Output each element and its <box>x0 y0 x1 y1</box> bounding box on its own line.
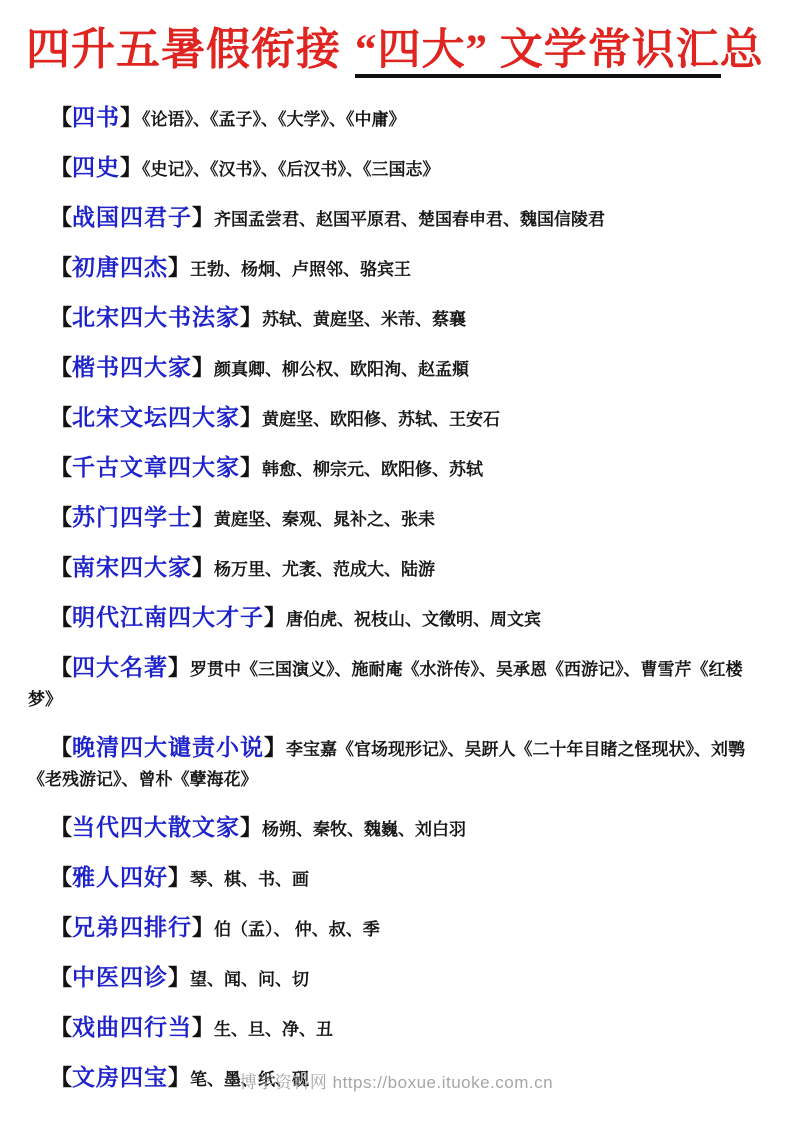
entry-content: 杨朔、秦牧、魏巍、刘白羽 <box>262 820 466 839</box>
entry-bracket-open: 【 <box>50 1015 72 1040</box>
entry-label: 四大名著 <box>72 655 168 680</box>
entry-bracket-close: 】 <box>192 1015 214 1040</box>
entry-row: 【北宋文坛四大家】黄庭坚、欧阳修、苏轼、王安石 <box>28 403 763 435</box>
entry-content: 《论语》、《孟子》、《大学》、《中庸》 <box>142 110 406 129</box>
entry-bracket-close: 】 <box>192 205 214 230</box>
entry-bracket-close: 】 <box>240 815 262 840</box>
entry-bracket-open: 【 <box>50 815 72 840</box>
entry-content: 韩愈、柳宗元、欧阳修、苏轼 <box>262 460 483 479</box>
entry-bracket-open: 【 <box>50 255 72 280</box>
entry-row: 【初唐四杰】王勃、杨炯、卢照邻、骆宾王 <box>28 253 763 285</box>
entry-bracket-close: 】 <box>192 555 214 580</box>
entry-content: 琴、棋、书、画 <box>190 870 309 889</box>
entry-label: 北宋文坛四大家 <box>72 405 240 430</box>
entry-label: 四史 <box>72 155 120 180</box>
entry-row: 【四史】《史记》、《汉书》、《后汉书》、《三国志》 <box>28 153 763 185</box>
entry-bracket-close: 】 <box>168 255 190 280</box>
entry-row: 【千古文章四大家】韩愈、柳宗元、欧阳修、苏轼 <box>28 453 763 485</box>
entry-content: 黄庭坚、欧阳修、苏轼、王安石 <box>262 410 500 429</box>
entry-content: 颜真卿、柳公权、欧阳洵、赵孟頫 <box>214 360 469 379</box>
entry-bracket-open: 【 <box>50 555 72 580</box>
entry-bracket-open: 【 <box>50 105 72 130</box>
entry-content: 唐伯虎、祝枝山、文徵明、周文宾 <box>286 610 541 629</box>
entry-content: 《史记》、《汉书》、《后汉书》、《三国志》 <box>142 160 440 179</box>
entry-row: 【南宋四大家】杨万里、尤袤、范成大、陆游 <box>28 553 763 585</box>
entry-row: 【楷书四大家】颜真卿、柳公权、欧阳洵、赵孟頫 <box>28 353 763 385</box>
entry-row: 【苏门四学士】黄庭坚、秦观、晁补之、张耒 <box>28 503 763 535</box>
entry-label: 千古文章四大家 <box>72 455 240 480</box>
entry-label: 楷书四大家 <box>72 355 192 380</box>
entry-row: 【四大名著】罗贯中《三国演义》、施耐庵《水浒传》、吴承恩《西游记》、曹雪芹《红楼… <box>28 653 763 715</box>
entry-bracket-close: 】 <box>264 605 286 630</box>
entry-bracket-close: 】 <box>120 155 142 180</box>
entry-label: 雅人四好 <box>72 865 168 890</box>
entry-bracket-close: 】 <box>192 355 214 380</box>
entry-row: 【中医四诊】望、闻、问、切 <box>28 963 763 995</box>
entry-content: 黄庭坚、秦观、晁补之、张耒 <box>214 510 435 529</box>
entry-row: 【兄弟四排行】伯（孟）、 仲、叔、季 <box>28 913 763 945</box>
footer-watermark: 博学资料网 https://boxue.ituoke.com.cn <box>0 1068 793 1093</box>
entry-bracket-close: 】 <box>264 735 286 760</box>
entry-bracket-open: 【 <box>50 915 72 940</box>
entry-row: 【雅人四好】琴、棋、书、画 <box>28 863 763 895</box>
entry-bracket-close: 】 <box>240 305 262 330</box>
entry-label: 兄弟四排行 <box>72 915 192 940</box>
entry-bracket-close: 】 <box>240 405 262 430</box>
entry-row: 【明代江南四大才子】唐伯虎、祝枝山、文徵明、周文宾 <box>28 603 763 635</box>
entry-content: 生、旦、净、丑 <box>214 1020 333 1039</box>
entries-list: 【四书】《论语》、《孟子》、《大学》、《中庸》 【四史】《史记》、《汉书》、《后… <box>0 103 793 1095</box>
entry-bracket-open: 【 <box>50 505 72 530</box>
entry-content: 望、闻、问、切 <box>190 970 309 989</box>
entry-bracket-close: 】 <box>168 865 190 890</box>
entry-bracket-open: 【 <box>50 965 72 990</box>
entry-bracket-close: 】 <box>168 965 190 990</box>
document-page: 四升五暑假衔接 “四大” 文学常识汇总 【四书】《论语》、《孟子》、《大学》、《… <box>0 0 793 1122</box>
entry-bracket-open: 【 <box>50 455 72 480</box>
entry-bracket-open: 【 <box>50 355 72 380</box>
entry-label: 南宋四大家 <box>72 555 192 580</box>
entry-bracket-open: 【 <box>50 205 72 230</box>
entry-label: 晚清四大谴责小说 <box>72 735 264 760</box>
entry-row: 【北宋四大书法家】苏轼、黄庭坚、米芾、蔡襄 <box>28 303 763 335</box>
entry-bracket-close: 】 <box>192 915 214 940</box>
entry-label: 中医四诊 <box>72 965 168 990</box>
title-main-text: 四升五暑假衔接 <box>26 25 341 74</box>
entry-row: 【四书】《论语》、《孟子》、《大学》、《中庸》 <box>28 103 763 135</box>
entry-bracket-open: 【 <box>50 305 72 330</box>
entry-row: 【战国四君子】齐国孟尝君、赵国平原君、楚国春申君、魏国信陵君 <box>28 203 763 235</box>
entry-bracket-open: 【 <box>50 865 72 890</box>
entry-bracket-open: 【 <box>50 405 72 430</box>
entry-label: 当代四大散文家 <box>72 815 240 840</box>
entry-bracket-close: 】 <box>240 455 262 480</box>
entry-content: 齐国孟尝君、赵国平原君、楚国春申君、魏国信陵君 <box>214 210 605 229</box>
entry-bracket-close: 】 <box>192 505 214 530</box>
entry-bracket-open: 【 <box>50 155 72 180</box>
entry-bracket-open: 【 <box>50 735 72 760</box>
entry-bracket-close: 】 <box>120 105 142 130</box>
entry-content: 杨万里、尤袤、范成大、陆游 <box>214 560 435 579</box>
entry-bracket-open: 【 <box>50 655 72 680</box>
entry-label: 四书 <box>72 105 120 130</box>
entry-bracket-close: 】 <box>168 655 190 680</box>
page-title: 四升五暑假衔接 “四大” 文学常识汇总 <box>0 0 793 81</box>
entry-label: 明代江南四大才子 <box>72 605 264 630</box>
entry-row: 【当代四大散文家】杨朔、秦牧、魏巍、刘白羽 <box>28 813 763 845</box>
entry-label: 初唐四杰 <box>72 255 168 280</box>
entry-bracket-open: 【 <box>50 605 72 630</box>
entry-content: 王勃、杨炯、卢照邻、骆宾王 <box>190 260 411 279</box>
entry-content: 苏轼、黄庭坚、米芾、蔡襄 <box>262 310 466 329</box>
entry-label: 战国四君子 <box>72 205 192 230</box>
entry-content: 伯（孟）、 仲、叔、季 <box>214 920 380 939</box>
title-underlined-text: “四大” 文学常识汇总 <box>355 27 764 74</box>
entry-label: 北宋四大书法家 <box>72 305 240 330</box>
entry-label: 戏曲四行当 <box>72 1015 192 1040</box>
entry-label: 苏门四学士 <box>72 505 192 530</box>
entry-row: 【戏曲四行当】生、旦、净、丑 <box>28 1013 763 1045</box>
entry-row: 【晚清四大谴责小说】李宝嘉《官场现形记》、吴趼人《二十年目睹之怪现状》、刘鹗《老… <box>28 733 763 795</box>
